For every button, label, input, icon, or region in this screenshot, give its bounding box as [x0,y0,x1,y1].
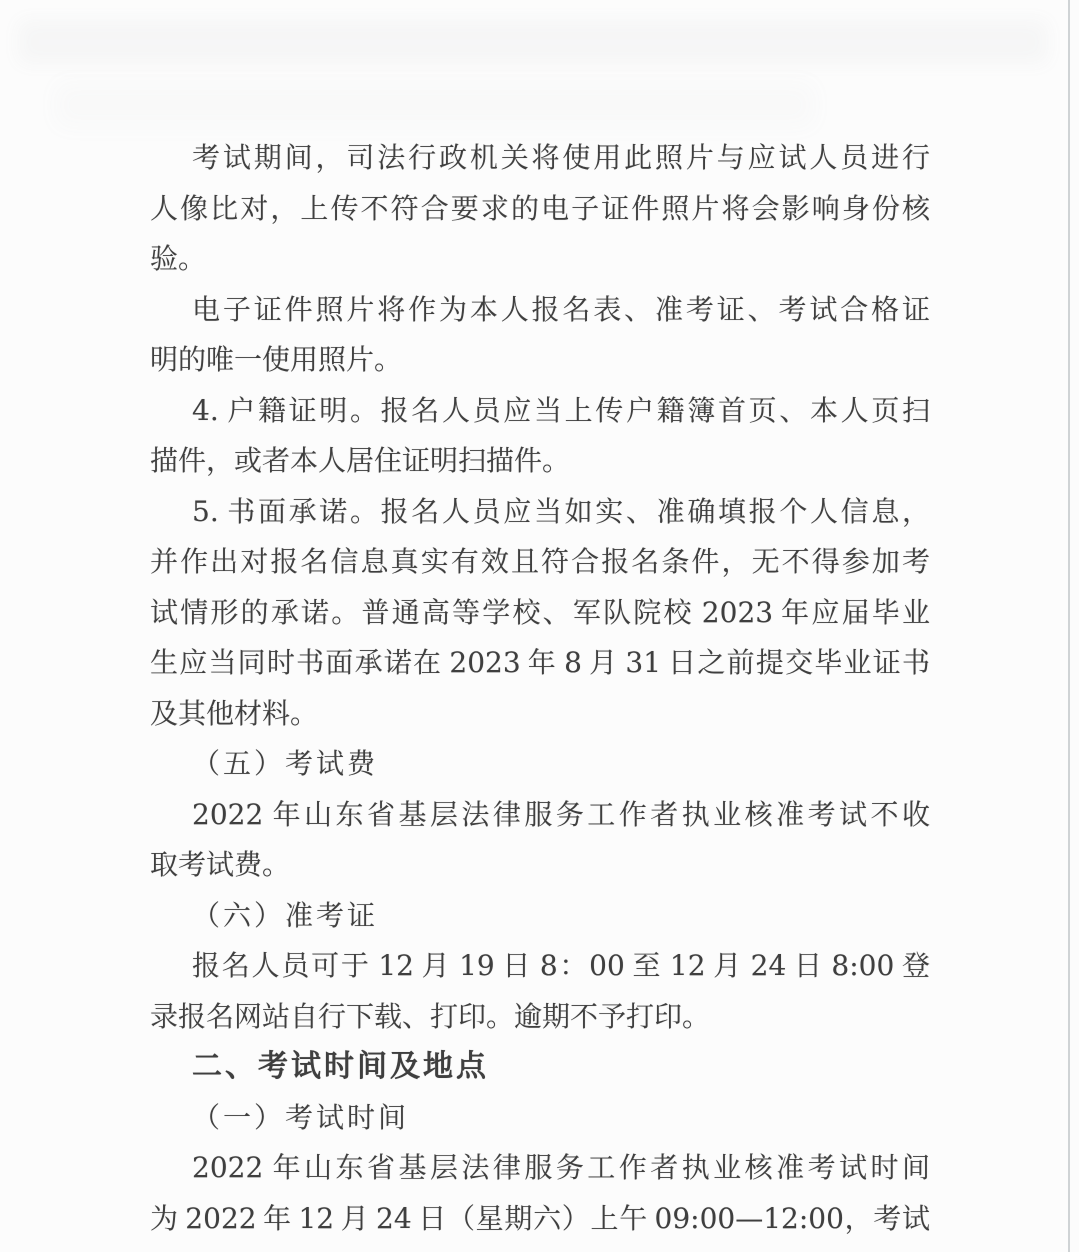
scanned-document-page: 考试期间，司法行政机关将使用此照片与应试人员进行 人像比对，上传不符合要求的电子… [0,0,1079,1252]
heading-section-6-admission-ticket: （六）准考证 [150,891,930,942]
item-4-household-registration-line-2: 描件，或者本人居住证明扫描件。 [150,436,930,487]
heading-section-5-exam-fee: （五）考试费 [150,739,930,790]
heading-section-1-exam-time: （一）考试时间 [150,1093,930,1144]
para-exam-fee-line-2: 取考试费。 [150,840,930,891]
para-exam-time-line-1: 2022 年山东省基层法律服务工作者执业核准考试时间 [150,1143,930,1194]
para-exam-fee-line-1: 2022 年山东省基层法律服务工作者执业核准考试不收 [150,790,930,841]
scan-smudge-artifact [18,20,1048,64]
para-admission-ticket-line-2: 录报名网站自行下载、打印。逾期不予打印。 [150,992,930,1043]
item-5-written-commitment-line-4: 生应当同时书面承诺在 2023 年 8 月 31 日之前提交毕业证书 [150,638,930,689]
item-5-written-commitment-line-5: 及其他材料。 [150,689,930,740]
document-text-block: 考试期间，司法行政机关将使用此照片与应试人员进行 人像比对，上传不符合要求的电子… [150,133,930,1244]
para-photo-verification-line-3: 验。 [150,234,930,285]
heading-part-2-exam-time-location: 二、考试时间及地点 [150,1042,930,1093]
item-5-written-commitment-line-2: 并作出对报名信息真实有效且符合报名条件，无不得参加考 [150,537,930,588]
para-photo-usage-line-1: 电子证件照片将作为本人报名表、准考证、考试合格证 [150,285,930,336]
para-admission-ticket-line-1: 报名人员可于 12 月 19 日 8：00 至 12 月 24 日 8:00 登 [150,941,930,992]
item-5-written-commitment-line-3: 试情形的承诺。普通高等学校、军队院校 2023 年应届毕业 [150,588,930,639]
para-photo-verification-line-2: 人像比对，上传不符合要求的电子证件照片将会影响身份核 [150,184,930,235]
item-4-household-registration-line-1: 4. 户籍证明。报名人员应当上传户籍簿首页、本人页扫 [150,386,930,437]
scanner-edge-line [1068,0,1070,1252]
para-photo-usage-line-2: 明的唯一使用照片。 [150,335,930,386]
scan-smudge-artifact [55,82,815,128]
item-5-written-commitment-line-1: 5. 书面承诺。报名人员应当如实、准确填报个人信息， [150,487,930,538]
para-photo-verification-line-1: 考试期间，司法行政机关将使用此照片与应试人员进行 [150,133,930,184]
para-exam-time-line-2: 为 2022 年 12 月 24 日（星期六）上午 09:00—12:00，考试 [150,1194,930,1245]
